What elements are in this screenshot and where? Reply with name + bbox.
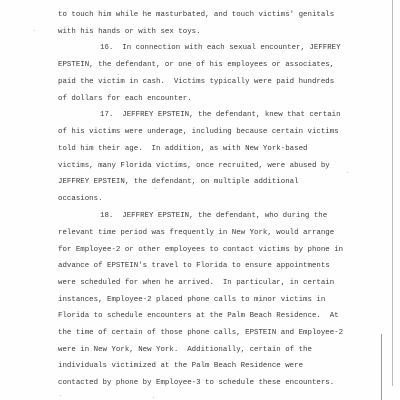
text-line: instances, Employee-2 placed phone calls… bbox=[58, 296, 325, 304]
document-page: to touch him while he masturbated, and t… bbox=[0, 0, 400, 400]
scan-speck bbox=[232, 70, 233, 71]
scan-speck bbox=[34, 30, 35, 31]
text-line: relevant time period was frequently in N… bbox=[58, 229, 334, 237]
text-line: told him their age. In addition, as with… bbox=[58, 145, 308, 153]
scan-edge-line bbox=[392, 0, 393, 386]
text-line: Florida to schedule encounters at the Pa… bbox=[58, 312, 339, 320]
scan-speck bbox=[118, 74, 119, 75]
text-line: the time of certain of those phone calls… bbox=[58, 329, 343, 337]
paragraph-16-start: 16. In connection with each sexual encou… bbox=[100, 44, 341, 52]
scan-edge-line-lower bbox=[381, 334, 382, 400]
text-line: JEFFREY EPSTEIN, the defendant, on multi… bbox=[58, 178, 299, 186]
text-line: were in New York, New York. Additionally… bbox=[58, 346, 312, 354]
scan-speck bbox=[155, 188, 156, 189]
text-line: contacted by phone by Employee-3 to sche… bbox=[58, 379, 334, 387]
text-line: of his victims were underage, including … bbox=[58, 128, 339, 136]
paragraph-18-start: 18. JEFFREY EPSTEIN, the defendant, who … bbox=[100, 212, 327, 220]
text-line: paid the victim in cash. Victims typical… bbox=[58, 78, 334, 86]
text-line: for Employee-2 or other employees to con… bbox=[58, 246, 343, 254]
text-line: with his hands or with sex toys. bbox=[58, 28, 201, 36]
paragraph-17-start: 17. JEFFREY EPSTEIN, the defendant, knew… bbox=[100, 111, 341, 119]
text-line: EPSTEIN, the defendant, or one of his em… bbox=[58, 61, 334, 69]
text-line: were scheduled for when he arrived. In p… bbox=[58, 279, 334, 287]
text-line: of dollars for each encounter. bbox=[58, 95, 192, 103]
text-line: victims, many Florida victims, once recr… bbox=[58, 162, 330, 170]
scan-speck bbox=[153, 397, 154, 398]
text-line: occasions. bbox=[58, 195, 103, 203]
text-line: individuals victimized at the Palm Beach… bbox=[58, 362, 303, 370]
text-line: to touch him while he masturbated, and t… bbox=[58, 11, 334, 19]
text-line: advance of EPSTEIN's travel to Florida t… bbox=[58, 262, 330, 270]
scan-speck bbox=[347, 172, 348, 173]
scan-speck bbox=[60, 395, 61, 396]
